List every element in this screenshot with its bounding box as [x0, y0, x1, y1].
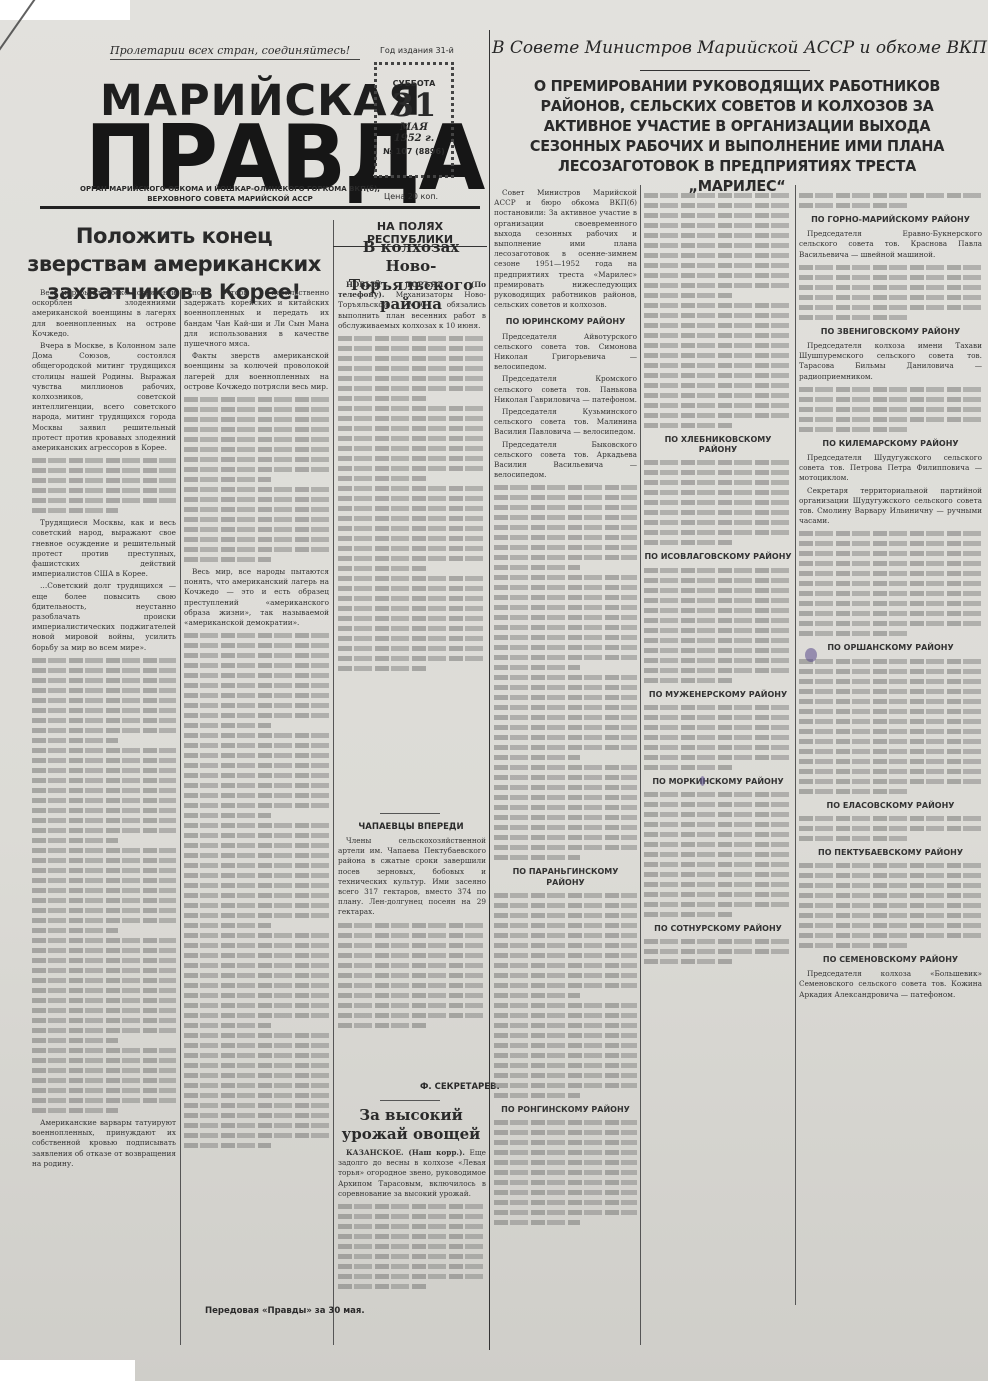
column-rule: [180, 290, 181, 1345]
paragraph: Весь мир был глубоко потрясен и оскорбле…: [32, 288, 176, 339]
newspaper-page: Пролетарии всех стран, соединяйтесь! Год…: [0, 0, 988, 1381]
decree-column-3: ПО ГОРНО-МАРИЙСКОМУ РАЙОНУ Председателя …: [799, 188, 982, 1348]
decree-column-1: Совет Министров Марийской АССР и бюро об…: [494, 188, 637, 1348]
district-heading: ПО РОНГИНСКОМУ РАЙОНУ: [494, 1105, 637, 1115]
column-rule: [489, 30, 490, 1350]
organ-line-2: ВЕРХОВНОГО СОВЕТА МАРИЙСКОЙ АССР: [80, 194, 380, 204]
torn-corner-bottom: [0, 1360, 135, 1381]
masthead-rule: [40, 206, 480, 209]
column-rule: [795, 185, 796, 1305]
editorial-column-1: Весь мир был глубоко потрясен и оскорбле…: [32, 288, 176, 1328]
article-lead: Члены сельскохозяйственной артели им. Ча…: [338, 836, 486, 918]
ink-stain: [700, 776, 705, 786]
date-box: СУББОТА 31 МАЯ 1952 г. № 107 (8896): [374, 62, 454, 178]
paragraph: Трудящиеся Москвы, как и весь советский …: [32, 518, 176, 579]
decree-entry: Председателя Айвотурского сельского сове…: [494, 332, 637, 373]
editorial-column-2: по, чтобы насильственно задержать корейс…: [184, 288, 329, 1298]
article-headline: За высокий урожай овощей: [336, 1106, 486, 1144]
section-rule: [380, 813, 440, 814]
kicker-rule: [640, 70, 810, 71]
district-heading: ПО ПАРАНЬГИНСКОМУ РАЙОНУ: [494, 867, 637, 887]
district-heading: ПО КИЛЕМАРСКОМУ РАЙОНУ: [799, 439, 982, 449]
decree-entry: Председателя Кузьминского сельского сове…: [494, 407, 637, 438]
column-rule: [640, 185, 641, 1345]
decree-entry: Председателя Быковского сельского совета…: [494, 440, 637, 481]
month: МАЯ: [377, 122, 451, 133]
decree-entry: Секретаря территориальной партийной орга…: [799, 486, 982, 527]
district-heading: ПО МОРКИНСКОМУ РАЙОНУ: [644, 777, 792, 787]
decree-headline: О ПРЕМИРОВАНИИ РУКОВОДЯЩИХ РАБОТНИКОВ РА…: [509, 76, 965, 196]
price: Цена 20 коп.: [384, 192, 438, 201]
district-heading: ПО СЕМЕНОВСКОМУ РАЙОНУ: [799, 955, 982, 965]
article-headline: ЧАПАЕВЦЫ ВПЕРЕДИ: [336, 822, 486, 832]
decree-entry: Председателя Кромского сельского совета …: [494, 374, 637, 405]
section-rule: [380, 1100, 440, 1101]
district-heading: ПО ИСОВЛАГОВСКОМУ РАЙОНУ: [644, 552, 792, 562]
paragraph: Весь мир, все народы пытаются понять, чт…: [184, 567, 329, 628]
district-heading: ПО ЗВЕНИГОВСКОМУ РАЙОНУ: [799, 327, 982, 337]
article-column: КАЗАНСКОЕ. (Наш корр.). Еще задолго до в…: [338, 1148, 486, 1328]
district-heading: ПО ОРШАНСКОМУ РАЙОНУ: [799, 643, 982, 653]
district-heading: ПО ЮРИНСКОМУ РАЙОНУ: [494, 317, 637, 327]
organ-line-1: ОРГАН МАРИЙСКОГО ОБКОМА И ЙОШКАР-ОЛИНСКО…: [80, 184, 380, 194]
day: 31: [377, 88, 451, 122]
issue-number: № 107 (8896): [377, 147, 451, 156]
decree-entry: Председателя колхоза имени Тахави Шушпур…: [799, 341, 982, 382]
decree-kicker: В Совете Министров Марийской АССР и обко…: [492, 38, 982, 58]
district-heading: ПО СОТНУРСКОМУ РАЙОНУ: [644, 924, 792, 934]
dateline: КАЗАНСКОЕ. (Наш корр.).: [346, 1148, 465, 1157]
paragraph: …Советский долг трудящихся — еще более п…: [32, 581, 176, 652]
motto: Пролетарии всех стран, соединяйтесь!: [110, 44, 360, 60]
district-heading: ПО ГОРНО-МАРИЙСКОМУ РАЙОНУ: [799, 215, 982, 225]
paragraph: по, чтобы насильственно задержать корейс…: [184, 288, 329, 349]
decree-entry: Председателя Шудугужского сельского сове…: [799, 453, 982, 484]
decree-entry: Председателя колхоза «Большевик» Семенов…: [799, 969, 982, 1000]
paragraph: Вчера в Москве, в Колонном зале Дома Сою…: [32, 341, 176, 453]
article-column: НОВЫЙ ТОРЪЯЛ. (По телефону). Механизатор…: [338, 280, 486, 800]
decree-entry: Председателя Еравно-Букнерского сельског…: [799, 229, 982, 260]
paragraph: Факты зверств американской военщины за к…: [184, 351, 329, 392]
decree-intro: Совет Министров Марийской АССР и бюро об…: [494, 188, 637, 310]
district-heading: ПО ЕЛАСОВСКОМУ РАЙОНУ: [799, 801, 982, 811]
paragraph: Американские варвары татуируют военнопле…: [32, 1118, 176, 1169]
year-line: Год издания 31-й: [380, 46, 454, 55]
district-heading: ПО МУЖЕНЕРСКОМУ РАЙОНУ: [644, 690, 792, 700]
ink-stain: [805, 648, 817, 662]
article-column: Члены сельскохозяйственной артели им. Ча…: [338, 836, 486, 1056]
organ-line: ОРГАН МАРИЙСКОГО ОБКОМА И ЙОШКАР-ОЛИНСКО…: [80, 184, 380, 204]
column-rule: [333, 220, 334, 1345]
district-heading: ПО ПЕКТУБАЕВСКОМУ РАЙОНУ: [799, 848, 982, 858]
article-signature: Ф. СЕКРЕТАРЕВ.: [420, 1082, 500, 1092]
year: 1952 г.: [377, 133, 451, 144]
district-heading: ПО ХЛЕБНИКОВСКОМУ РАЙОНУ: [644, 435, 792, 455]
decree-column-2: ПО ХЛЕБНИКОВСКОМУ РАЙОНУ ПО ИСОВЛАГОВСКО…: [644, 188, 792, 1348]
